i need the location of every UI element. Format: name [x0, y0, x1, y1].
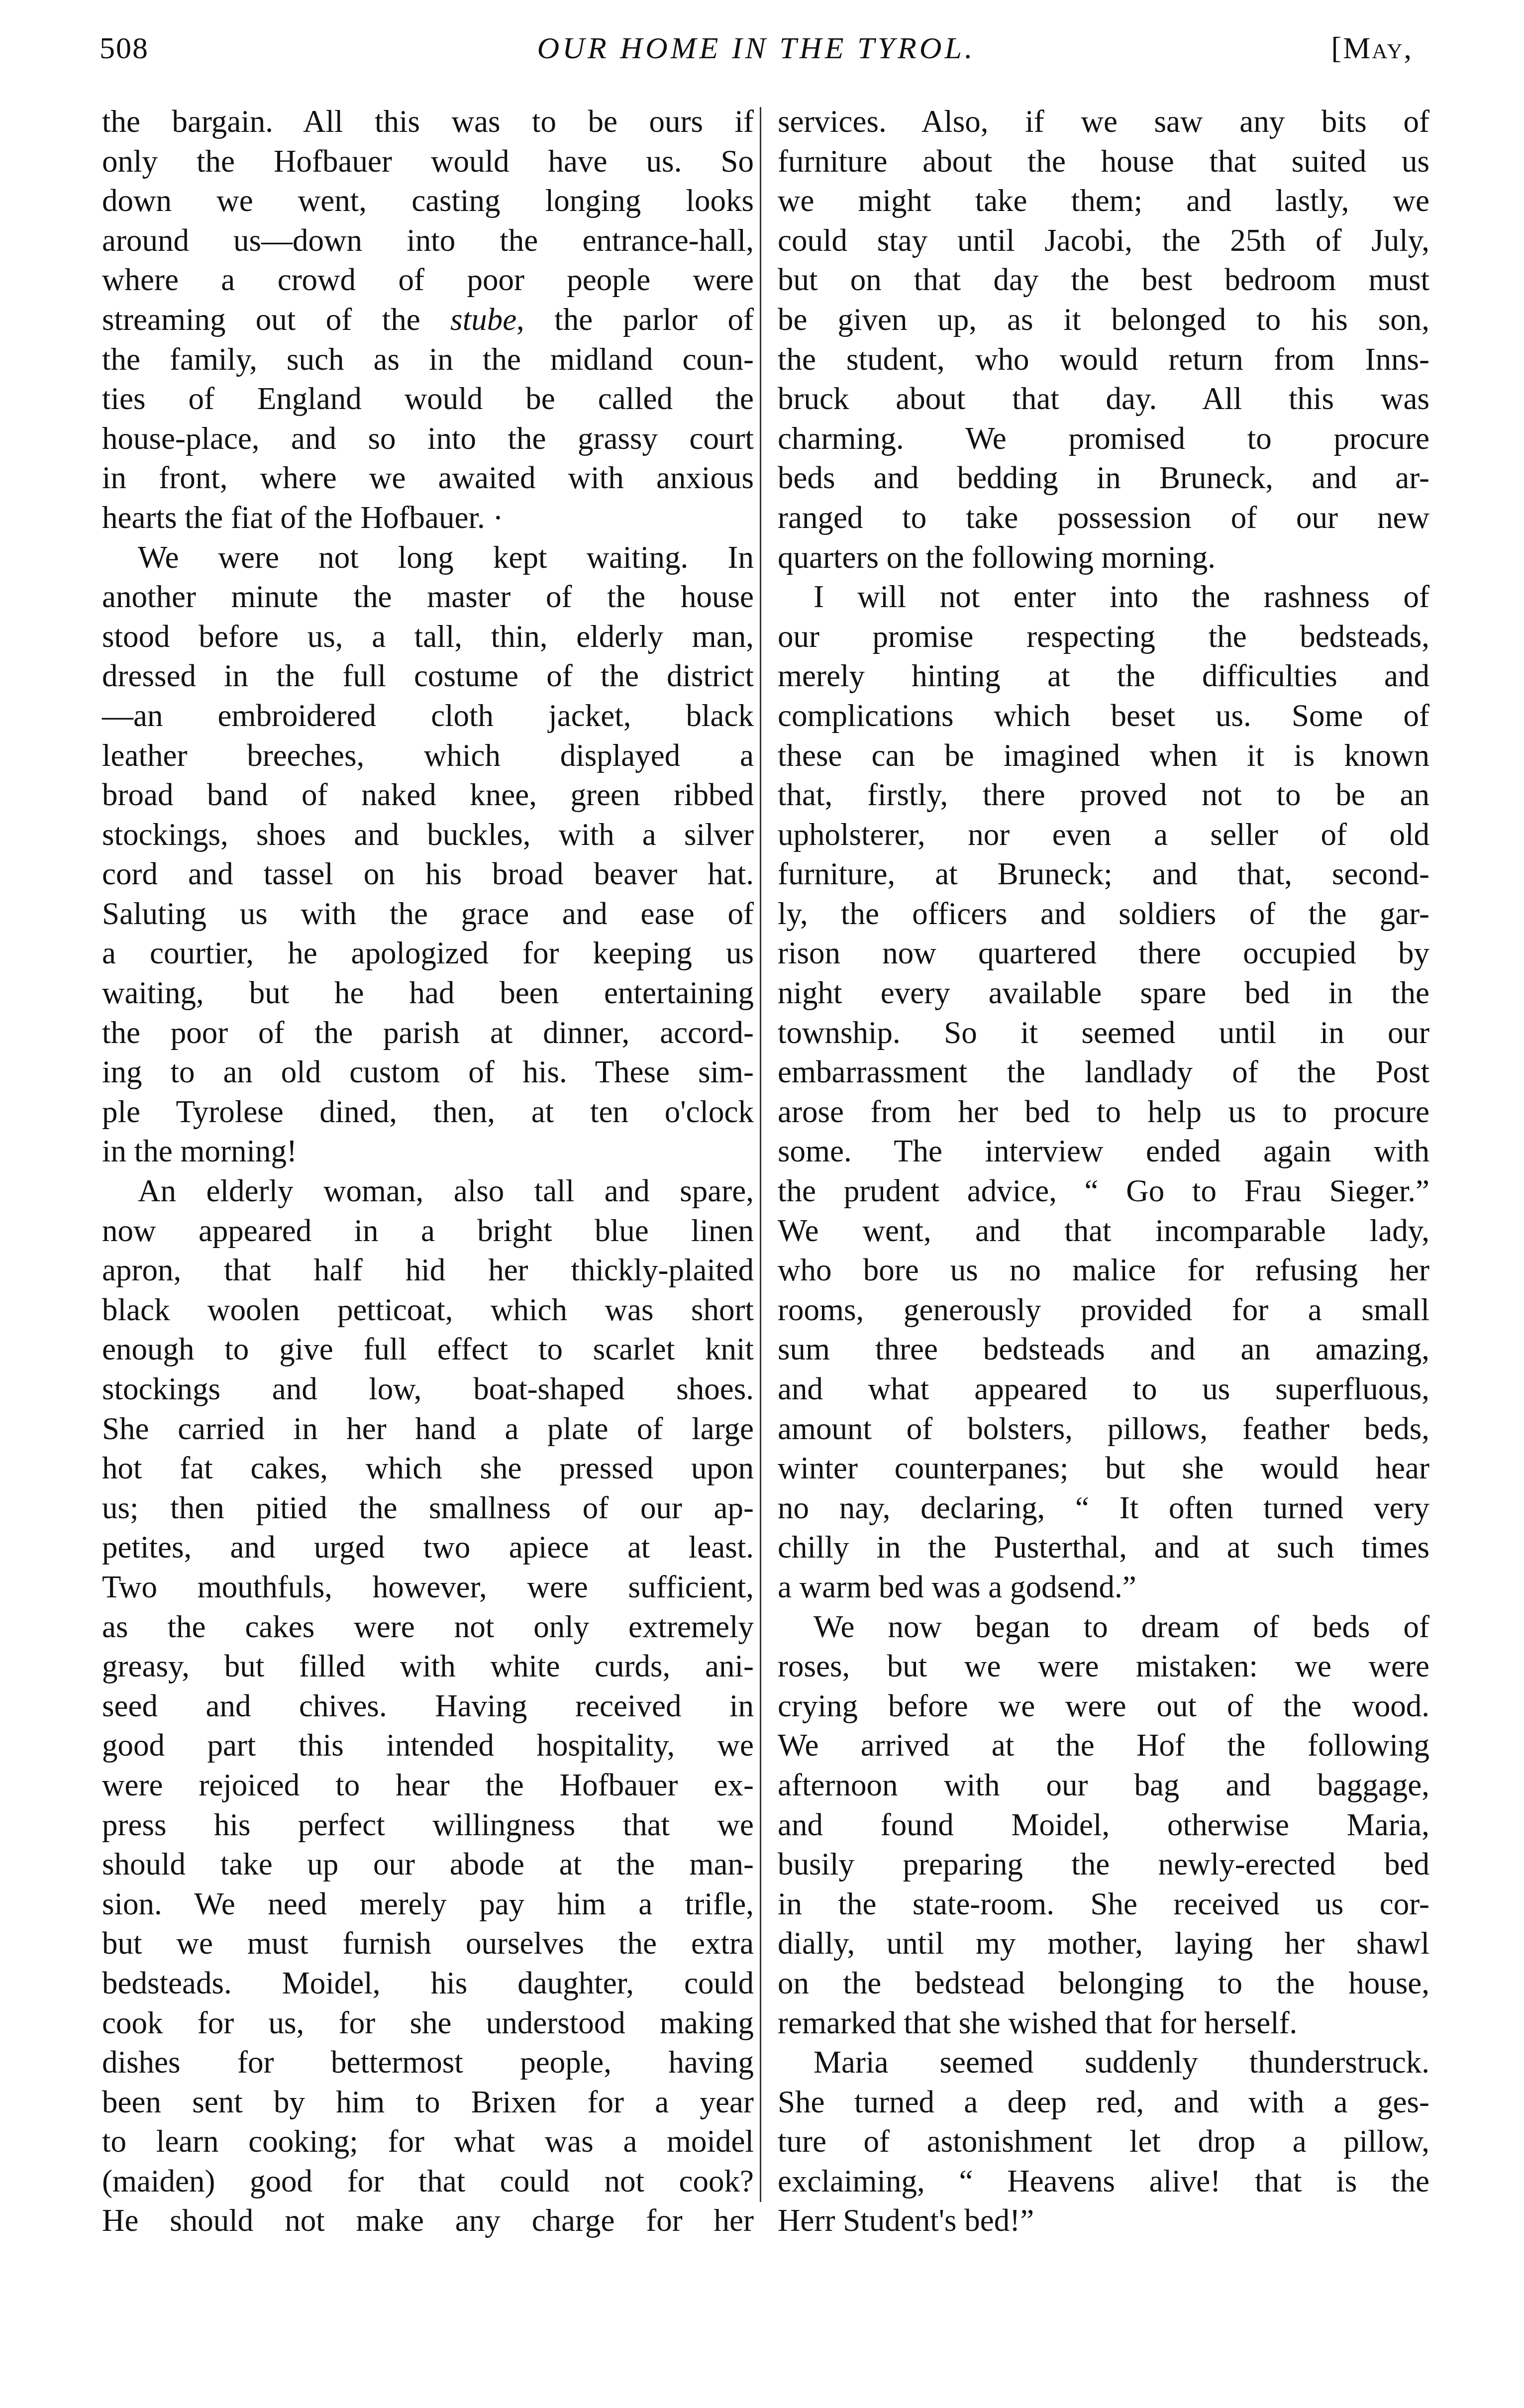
text-line: as the cakes were not only extremely	[102, 1607, 754, 1647]
text-line: bruck about that day. All this was	[778, 379, 1429, 419]
text-line: dressed in the full costume of the distr…	[102, 656, 754, 696]
text-line: some. The interview ended again with	[778, 1132, 1429, 1171]
text-line: ing to an old custom of his. These sim-	[102, 1052, 754, 1092]
text-line: rooms, generously provided for a small	[778, 1290, 1429, 1330]
text-line: furniture about the house that suited us	[778, 142, 1429, 182]
text-line: stockings and low, boat-shaped shoes.	[102, 1369, 754, 1409]
text-line: Two mouthfuls, however, were sufficient,	[102, 1568, 754, 1607]
text-line: roses, but we were mistaken: we were	[778, 1647, 1429, 1686]
text-line: to learn cooking; for what was a moidel	[102, 2122, 754, 2162]
text-line: the poor of the parish at dinner, accord…	[102, 1013, 754, 1053]
text-line: the student, who would return from Inns-	[778, 340, 1429, 380]
text-line: beds and bedding in Bruneck, and ar-	[778, 458, 1429, 498]
text-line: upholsterer, nor even a seller of old	[778, 815, 1429, 855]
text-line: seed and chives. Having received in	[102, 1686, 754, 1726]
text-line: the prudent advice, “ Go to Frau Sieger.…	[778, 1171, 1429, 1211]
text-line: sum three bedsteads and an amazing,	[778, 1330, 1429, 1369]
text-line: house-place, and so into the grassy cour…	[102, 419, 754, 459]
text-line: sion. We need merely pay him a trifle,	[102, 1885, 754, 1924]
running-month: [May,	[1331, 31, 1413, 66]
text-line: —an embroidered cloth jacket, black	[102, 696, 754, 736]
text-line: in the morning!	[102, 1132, 754, 1171]
text-line: that, firstly, there proved not to be an	[778, 775, 1429, 815]
text-line: dishes for bettermost people, having	[102, 2043, 754, 2083]
text-line: enough to give full effect to scarlet kn…	[102, 1330, 754, 1369]
text-line: on the bedstead belonging to the house,	[778, 1964, 1429, 2003]
text-line: cook for us, for she understood making	[102, 2003, 754, 2043]
text-line: busily preparing the newly-erected bed	[778, 1845, 1429, 1885]
text-line: stockings, shoes and buckles, with a sil…	[102, 815, 754, 855]
text-line: but on that day the best bedroom must	[778, 260, 1429, 300]
text-line: waiting, but he had been entertaining	[102, 973, 754, 1013]
text-line: black woolen petticoat, which was short	[102, 1290, 754, 1330]
text-line: ly, the officers and soldiers of the gar…	[778, 894, 1429, 934]
text-line: crying before we were out of the wood.	[778, 1686, 1429, 1726]
text-line: another minute the master of the house	[102, 577, 754, 617]
text-line: around us—down into the entrance-hall,	[102, 221, 754, 261]
text-line: chilly in the Pusterthal, and at such ti…	[778, 1528, 1429, 1568]
text-line: were rejoiced to hear the Hofbauer ex-	[102, 1766, 754, 1805]
text-line: only the Hofbauer would have us. So	[102, 142, 754, 182]
right-column: services. Also, if we saw any bits of fu…	[778, 102, 1429, 2241]
text-line: good part this intended hospitality, we	[102, 1726, 754, 1766]
text-line: no nay, declaring, “ It often turned ver…	[778, 1488, 1429, 1528]
text-line: night every available spare bed in the	[778, 973, 1429, 1013]
text-line: exclaiming, “ Heavens alive! that is the	[778, 2162, 1429, 2201]
text-line: the family, such as in the midland coun-	[102, 340, 754, 380]
text-line: stood before us, a tall, thin, elderly m…	[102, 617, 754, 657]
text-line: in front, where we awaited with anxious	[102, 458, 754, 498]
text-line: now appeared in a bright blue linen	[102, 1211, 754, 1251]
text-line: these can be imagined when it is known	[778, 736, 1429, 776]
text-line: She carried in her hand a plate of large	[102, 1409, 754, 1449]
text-line: leather breeches, which displayed a	[102, 736, 754, 776]
text-line: petites, and urged two apiece at least.	[102, 1528, 754, 1568]
paragraph-start: An elderly woman, also tall and spare,	[102, 1171, 754, 1211]
left-column: the bargain. All this was to be ours if …	[102, 102, 754, 2241]
text-line: and found Moidel, otherwise Maria,	[778, 1805, 1429, 1845]
text-line: hot fat cakes, which she pressed upon	[102, 1449, 754, 1488]
text-line: ture of astonishment let drop a pillow,	[778, 2122, 1429, 2162]
text-line: but we must furnish ourselves the extra	[102, 1924, 754, 1964]
text-line: bedsteads. Moidel, his daughter, could	[102, 1964, 754, 2003]
text-line: charming. We promised to procure	[778, 419, 1429, 459]
text-line: should take up our abode at the man-	[102, 1845, 754, 1885]
text-line: we might take them; and lastly, we	[778, 181, 1429, 221]
text-line: Herr Student's bed!”	[778, 2201, 1429, 2241]
text-line: could stay until Jacobi, the 25th of Jul…	[778, 221, 1429, 261]
text-line: our promise respecting the bedsteads,	[778, 617, 1429, 657]
text-line: rison now quartered there occupied by	[778, 934, 1429, 973]
text-line: down we went, casting longing looks	[102, 181, 754, 221]
text-line: press his perfect willingness that we	[102, 1805, 754, 1845]
running-header: 508 OUR HOME IN THE TYROL. [May,	[100, 26, 1413, 86]
italic-term: stube	[450, 302, 516, 337]
running-title: OUR HOME IN THE TYROL.	[100, 31, 1413, 66]
text-line: apron, that half hid her thickly-plaited	[102, 1251, 754, 1290]
text-line: quarters on the following morning.	[778, 538, 1429, 578]
paragraph-start: Maria seemed suddenly thunderstruck.	[778, 2043, 1429, 2083]
text-line: in the state-room. She received us cor-	[778, 1885, 1429, 1924]
text-line: been sent by him to Brixen for a year	[102, 2083, 754, 2122]
text-line: a warm bed was a godsend.”	[778, 1568, 1429, 1607]
paragraph-start: We now began to dream of beds of	[778, 1607, 1429, 1647]
text-line: who bore us no malice for refusing her	[778, 1251, 1429, 1290]
text-line: the bargain. All this was to be ours if	[102, 102, 754, 142]
text-line: hearts the fiat of the Hofbauer. ·	[102, 498, 754, 538]
text-line: cord and tassel on his broad beaver hat.	[102, 854, 754, 894]
paragraph-start: We were not long kept waiting. In	[102, 538, 754, 578]
text-line: furniture, at Bruneck; and that, second-	[778, 854, 1429, 894]
text-line: winter counterpanes; but she would hear	[778, 1449, 1429, 1488]
text-line: Saluting us with the grace and ease of	[102, 894, 754, 934]
text-line: a courtier, he apologized for keeping us	[102, 934, 754, 973]
text-line: (maiden) good for that could not cook?	[102, 2162, 754, 2201]
text-line: remarked that she wished that for hersel…	[778, 2003, 1429, 2043]
text-line: township. So it seemed until in our	[778, 1013, 1429, 1053]
paragraph-start: I will not enter into the rashness of	[778, 577, 1429, 617]
text-line: embarrassment the landlady of the Post	[778, 1052, 1429, 1092]
text-line: be given up, as it belonged to his son,	[778, 300, 1429, 340]
text-line: He should not make any charge for her	[102, 2201, 754, 2241]
text-line: dially, until my mother, laying her shaw…	[778, 1924, 1429, 1964]
text-line: ranged to take possession of our new	[778, 498, 1429, 538]
text-line: and what appeared to us superfluous,	[778, 1369, 1429, 1409]
text-line: greasy, but filled with white curds, ani…	[102, 1647, 754, 1686]
text-line: complications which beset us. Some of	[778, 696, 1429, 736]
text-line: We arrived at the Hof the following	[778, 1726, 1429, 1766]
text-line: We went, and that incomparable lady,	[778, 1211, 1429, 1251]
text-line: ties of England would be called the	[102, 379, 754, 419]
text-line: ple Tyrolese dined, then, at ten o'clock	[102, 1092, 754, 1132]
text-line: She turned a deep red, and with a ges-	[778, 2083, 1429, 2122]
text-line: where a crowd of poor people were	[102, 260, 754, 300]
text-line: amount of bolsters, pillows, feather bed…	[778, 1409, 1429, 1449]
text-line: arose from her bed to help us to procure	[778, 1092, 1429, 1132]
column-divider	[760, 107, 761, 2202]
text-line: broad band of naked knee, green ribbed	[102, 775, 754, 815]
text-line: afternoon with our bag and baggage,	[778, 1766, 1429, 1805]
text-line: streaming out of the stube, the parlor o…	[102, 300, 754, 340]
text-line: merely hinting at the difficulties and	[778, 656, 1429, 696]
text-line: us; then pitied the smallness of our ap-	[102, 1488, 754, 1528]
text-line: services. Also, if we saw any bits of	[778, 102, 1429, 142]
